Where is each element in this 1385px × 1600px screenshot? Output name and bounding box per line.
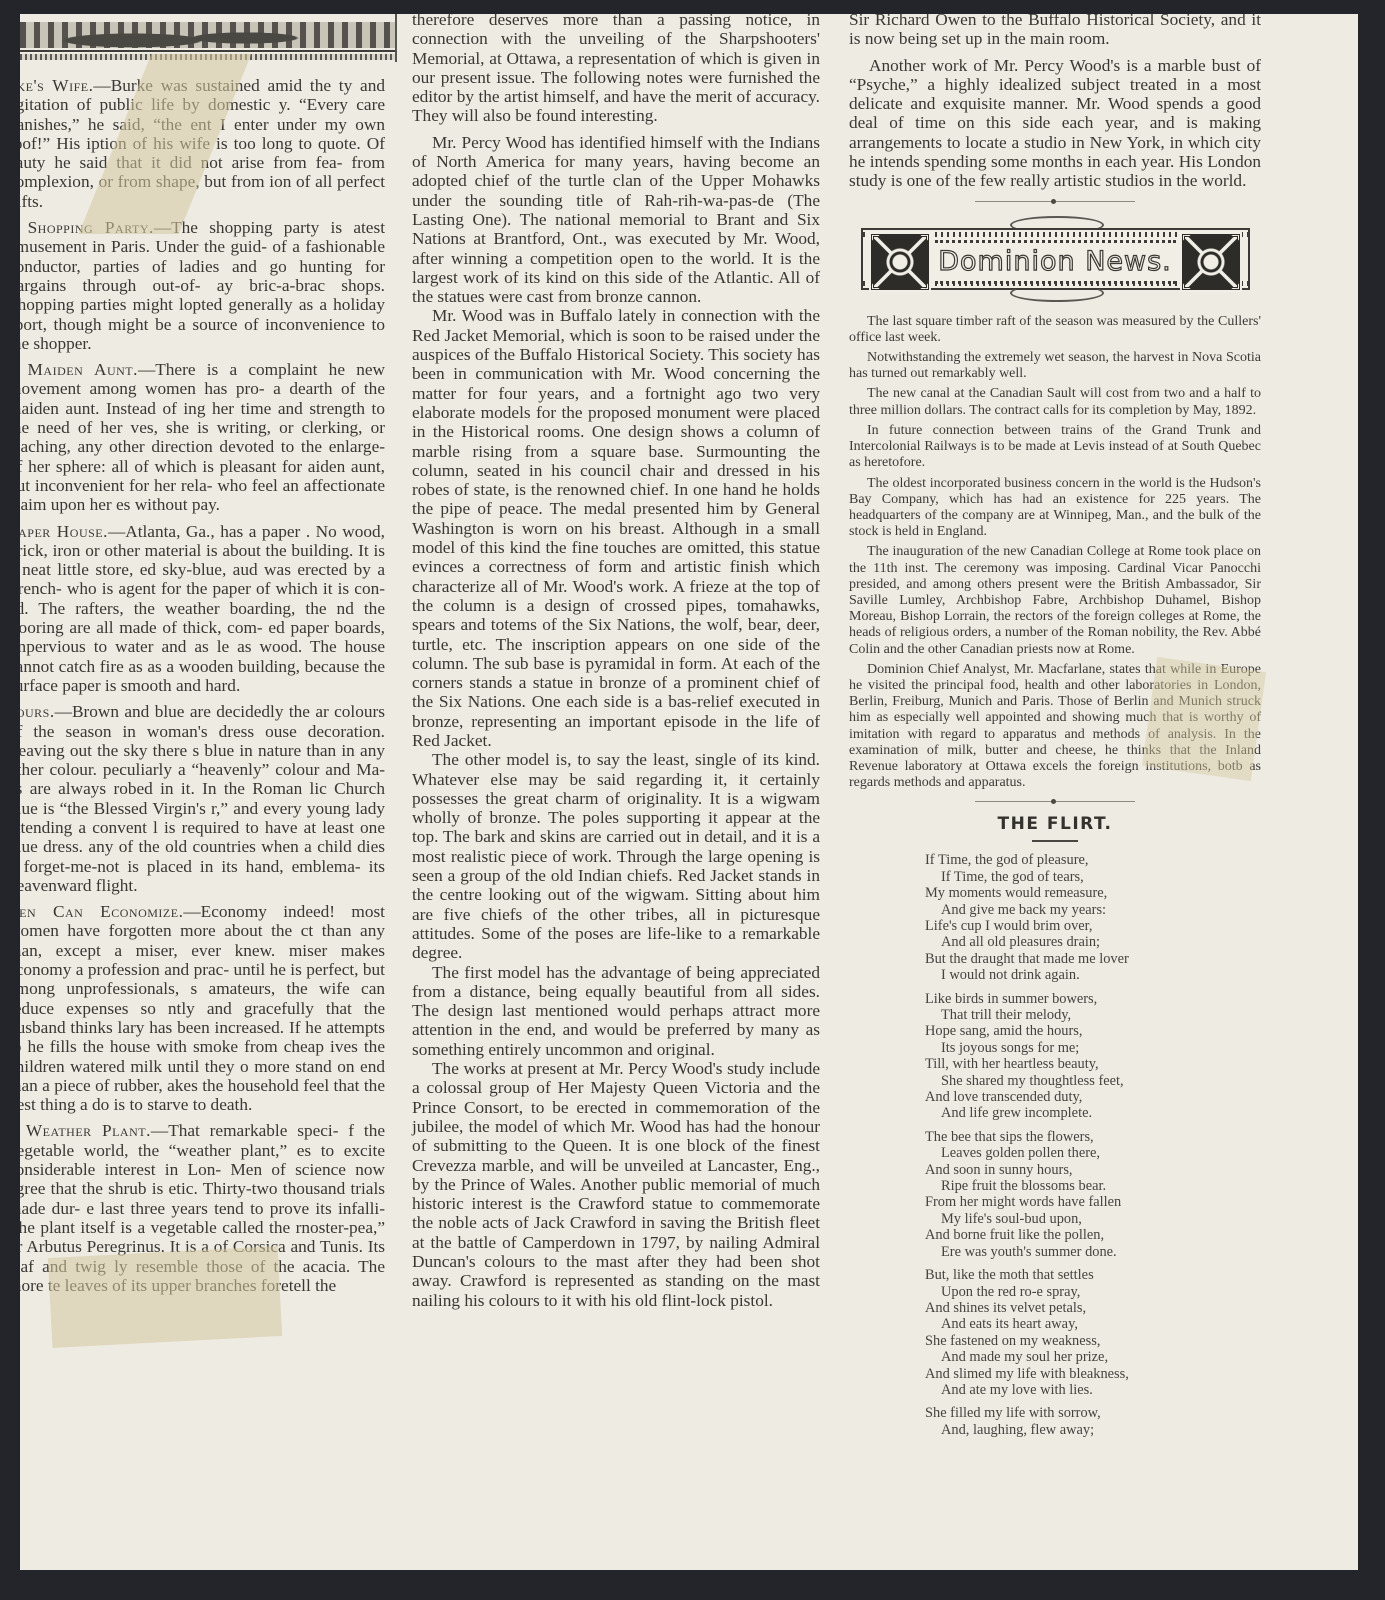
decorative-header-ornament — [20, 14, 397, 62]
poem-line: And give me back my years: — [925, 902, 1261, 918]
section-body: —Atlanta, Ga., has a paper . No wood, br… — [20, 522, 385, 695]
poem-line: That trill their melody, — [925, 1007, 1261, 1023]
poem-line: And soon in sunny hours, — [925, 1162, 1261, 1178]
poem-stanza: The bee that sips the flowers,Leaves gol… — [925, 1129, 1261, 1260]
poem-line: If Time, the god of tears, — [925, 869, 1261, 885]
poem-line: And life grew incomplete. — [925, 1105, 1261, 1121]
poem-line: And slimed my life with bleakness, — [925, 1366, 1261, 1382]
article-maiden-aunt: e Maiden Aunt.—There is a complaint he n… — [20, 360, 385, 514]
news-item: The inauguration of the new Canadian Col… — [849, 544, 1261, 657]
article-paragraph: Mr. Wood was in Buffalo lately in connec… — [412, 306, 820, 750]
poem-line: Ripe fruit the blossoms bear. — [925, 1178, 1261, 1194]
poem-line: Its joyous songs for me; — [925, 1040, 1261, 1056]
poem-line: And made my soul her prize, — [925, 1349, 1261, 1365]
section-body: —The shopping party is atest amusement i… — [20, 218, 385, 353]
section-heading: e Shopping Party. — [20, 218, 154, 237]
article-paragraph: The other model is, to say the least, si… — [412, 750, 820, 962]
article-paragraph: therefore deserves more than a passing n… — [412, 14, 820, 126]
poem-line: Like birds in summer bowers, — [925, 991, 1261, 1007]
news-items-list: The last square timber raft of the seaso… — [849, 314, 1261, 792]
poem-line: I would not drink again. — [925, 967, 1261, 983]
poem-line: My moments would remeasure, — [925, 885, 1261, 901]
article-paper-house: Paper House.—Atlanta, Ga., has a paper .… — [20, 522, 385, 696]
poem-line: And ate my love with lies. — [925, 1382, 1261, 1398]
section-body: —Brown and blue are decidedly the ar col… — [20, 702, 385, 895]
poem-line: Upon the red ro-e spray, — [925, 1284, 1261, 1300]
poem-line: But, like the moth that settles — [925, 1267, 1261, 1283]
percy-wood-article: therefore deserves more than a passing n… — [412, 14, 820, 1310]
news-item: The new canal at the Canadian Sault will… — [849, 386, 1261, 418]
article-colours: lours.—Brown and blue are decidedly the … — [20, 702, 385, 895]
article-paragraph: Mr. Percy Wood has identified himself wi… — [412, 133, 820, 307]
poem-line: Life's cup I would brim over, — [925, 918, 1261, 934]
newspaper-clipping: rke's Wife.—Burke was sustained amid the… — [20, 14, 1358, 1570]
poem-line: And eats its heart away, — [925, 1316, 1261, 1332]
rosette-ornament-icon — [1182, 234, 1240, 290]
poem-stanza: But, like the moth that settlesUpon the … — [925, 1267, 1261, 1398]
poem-line: Ere was youth's summer done. — [925, 1244, 1261, 1260]
poem-line: If Time, the god of pleasure, — [925, 852, 1261, 868]
poem-stanza: If Time, the god of pleasure,If Time, th… — [925, 852, 1261, 983]
poem-line: The bee that sips the flowers, — [925, 1129, 1261, 1145]
poem-line: Till, with her heartless beauty, — [925, 1056, 1261, 1072]
article-paragraph: The works at present at Mr. Percy Wood's… — [412, 1059, 820, 1310]
poem-line: And borne fruit like the pollen, — [925, 1227, 1261, 1243]
left-column-text: rke's Wife.—Burke was sustained amid the… — [20, 76, 385, 1302]
article-paragraph: Sir Richard Owen to the Buffalo Historic… — [849, 14, 1261, 49]
poem-line: From her might words have fallen — [925, 1194, 1261, 1210]
poem-line: And shines its velvet petals, — [925, 1300, 1261, 1316]
section-body: —Economy indeed! most women have forgott… — [20, 902, 385, 1114]
poem-body: If Time, the god of pleasure,If Time, th… — [925, 852, 1261, 1438]
section-heading: rke's Wife. — [20, 76, 93, 95]
poem-line: My life's soul-bud upon, — [925, 1211, 1261, 1227]
section-body: —That remarkable speci- f the vegetable … — [20, 1121, 385, 1294]
rosette-ornament-icon — [871, 234, 929, 290]
dominion-news-banner: Dominion News. — [853, 214, 1258, 304]
article-shopping-party: e Shopping Party.—The shopping party is … — [20, 218, 385, 353]
section-body: —There is a complaint he new movement am… — [20, 360, 385, 514]
poem-line: Hope sang, amid the hours, — [925, 1023, 1261, 1039]
poem-line: She fastened on my weakness, — [925, 1333, 1261, 1349]
poem-line: And, laughing, flew away; — [925, 1422, 1261, 1438]
section-heading: men Can Economize. — [20, 902, 183, 921]
poem-title: THE FLIRT. — [849, 814, 1261, 834]
flourish-ornament — [1010, 284, 1104, 302]
poem-line: But the draught that made me lover — [925, 951, 1261, 967]
poem-stanza: She filled my life with sorrow,And, laug… — [925, 1405, 1261, 1438]
ornamental-divider — [975, 201, 1135, 202]
poem-line: Leaves golden pollen there, — [925, 1145, 1261, 1161]
poem-line: She shared my thoughtless feet, — [925, 1073, 1261, 1089]
news-item: The oldest incorporated business concern… — [849, 476, 1261, 541]
article-burkes-wife: rke's Wife.—Burke was sustained amid the… — [20, 76, 385, 211]
poem-line: And all old pleasures drain; — [925, 934, 1261, 950]
section-heading: e Weather Plant. — [20, 1121, 151, 1140]
ornamental-divider — [975, 801, 1135, 802]
news-item: Dominion Chief Analyst, Mr. Macfarlane, … — [849, 662, 1261, 792]
poem-stanza: Like birds in summer bowers,That trill t… — [925, 991, 1261, 1122]
title-rule — [1032, 840, 1078, 842]
article-weather-plant: e Weather Plant.—That remarkable speci- … — [20, 1121, 385, 1295]
news-item: The last square timber raft of the seaso… — [849, 314, 1261, 346]
article-paragraph: Another work of Mr. Percy Wood's is a ma… — [849, 56, 1261, 191]
news-item: Notwithstanding the extremely wet season… — [849, 350, 1261, 382]
article-paragraph: The first model has the advantage of bei… — [412, 963, 820, 1059]
poem-line: And love transcended duty, — [925, 1089, 1261, 1105]
news-item: In future connection between trains of t… — [849, 423, 1261, 472]
section-heading: lours. — [20, 702, 55, 721]
banner-title: Dominion News. — [935, 240, 1176, 284]
article-women-economize: men Can Economize.—Economy indeed! most … — [20, 902, 385, 1114]
section-body: —Burke was sustained amid the ty and agi… — [20, 76, 385, 211]
section-heading: Paper House. — [20, 522, 108, 541]
section-heading: e Maiden Aunt. — [20, 360, 138, 379]
poem-line: She filled my life with sorrow, — [925, 1405, 1261, 1421]
right-column-text: Sir Richard Owen to the Buffalo Historic… — [849, 14, 1261, 1445]
